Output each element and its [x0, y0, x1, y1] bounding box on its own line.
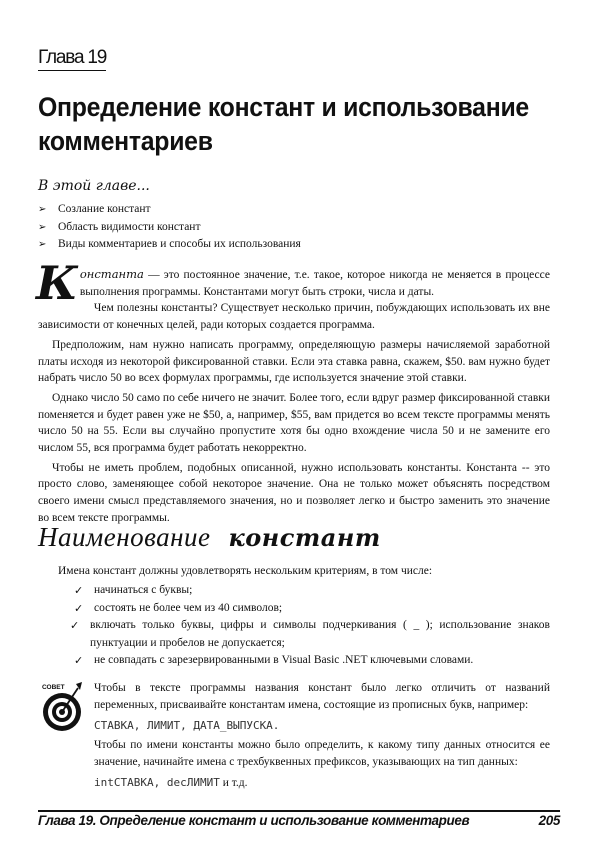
criteria-item: ✓не совпадать с зарезервированными в Vis…	[58, 652, 550, 670]
page-footer: Глава 19. Определение констант и использ…	[38, 813, 560, 828]
criteria-item-label: начинаться с буквы;	[94, 582, 192, 600]
criteria-intro: Имена констант должны удовлетворять неск…	[58, 565, 432, 577]
arrow-bullet-icon: ➢	[38, 236, 52, 254]
criteria-item: ✓включать только буквы, цифры и символы …	[58, 617, 550, 652]
criteria-item-label: включать только буквы, цифры и символы п…	[90, 617, 550, 652]
lead-word: онстанта	[80, 267, 144, 281]
svg-text:СОВЕТ: СОВЕТ	[42, 684, 65, 691]
paragraph: Чтобы не иметь проблем, подобных описанн…	[38, 460, 550, 527]
tip-paragraph: Чтобы по имени константы можно было опре…	[94, 737, 550, 771]
check-icon: ✓	[58, 652, 94, 670]
paragraph: Предположим, нам нужно написать программ…	[38, 337, 550, 387]
chapter-title: Определение констант и использование ком…	[38, 90, 535, 158]
tip-paragraph: Чтобы в тексте программы названия конста…	[94, 680, 550, 714]
chapter-label: Глава 19	[38, 47, 106, 71]
in-chapter-item: ➢Виды комментариев и способы их использо…	[38, 236, 301, 254]
section-heading-script: констант	[229, 523, 381, 552]
criteria-item-label: не совпадать с зарезервированными в Visu…	[94, 652, 473, 670]
paragraph: Константа — это постоянное значение, т.е…	[38, 266, 550, 300]
check-icon: ✓	[58, 617, 90, 652]
tip-example-suffix: и т.д.	[220, 777, 248, 789]
in-chapter-item-label: Виды комментариев и способы их использов…	[58, 236, 301, 254]
footer-divider	[38, 810, 560, 812]
check-icon: ✓	[58, 582, 94, 600]
section-heading-plain: Наименование	[38, 522, 211, 552]
section-heading: Наименованиеконстант	[38, 522, 381, 553]
in-chapter-item: ➢Область видимости констант	[38, 219, 301, 237]
paragraph-text: — это постоянное значение, т.е. такое, к…	[80, 269, 550, 298]
tip-example-prefixes: intСТАВКА, decЛИМИТ и т.д.	[94, 774, 550, 792]
in-chapter-item: ➢Созлание констант	[38, 201, 301, 219]
in-chapter-list: ➢Созлание констант ➢Область видимости ко…	[38, 201, 301, 254]
running-title: Глава 19. Определение констант и использ…	[38, 813, 469, 828]
in-chapter-item-label: Созлание констант	[58, 201, 151, 219]
criteria-item: ✓начинаться с буквы;	[58, 582, 550, 600]
check-icon: ✓	[58, 600, 94, 618]
drop-cap: К	[36, 264, 78, 302]
paragraph: Чем полезны константы? Существует нескол…	[38, 300, 550, 333]
criteria-item: ✓состоять не более чем из 40 символов;	[58, 600, 550, 618]
in-chapter-heading: В этой главе...	[38, 178, 150, 194]
target-tip-icon: СОВЕТ	[38, 680, 88, 732]
intro-body: Константа — это постоянное значение, т.е…	[38, 266, 550, 527]
tip-text: Чтобы в тексте программы названия конста…	[94, 680, 550, 795]
arrow-bullet-icon: ➢	[38, 219, 52, 237]
criteria-list: ✓начинаться с буквы; ✓состоять не более …	[58, 582, 550, 670]
arrow-bullet-icon: ➢	[38, 201, 52, 219]
tip-example-code: intСТАВКА, decЛИМИТ	[94, 776, 220, 789]
criteria-item-label: состоять не более чем из 40 символов;	[94, 600, 282, 618]
in-chapter-item-label: Область видимости констант	[58, 219, 201, 237]
paragraph: Однако число 50 само по себе ничего не з…	[38, 390, 550, 457]
page-number: 205	[539, 813, 560, 828]
tip-example-constants: СТАВКА, ЛИМИТ, ДАТА_ВЫПУСКА.	[94, 717, 550, 734]
